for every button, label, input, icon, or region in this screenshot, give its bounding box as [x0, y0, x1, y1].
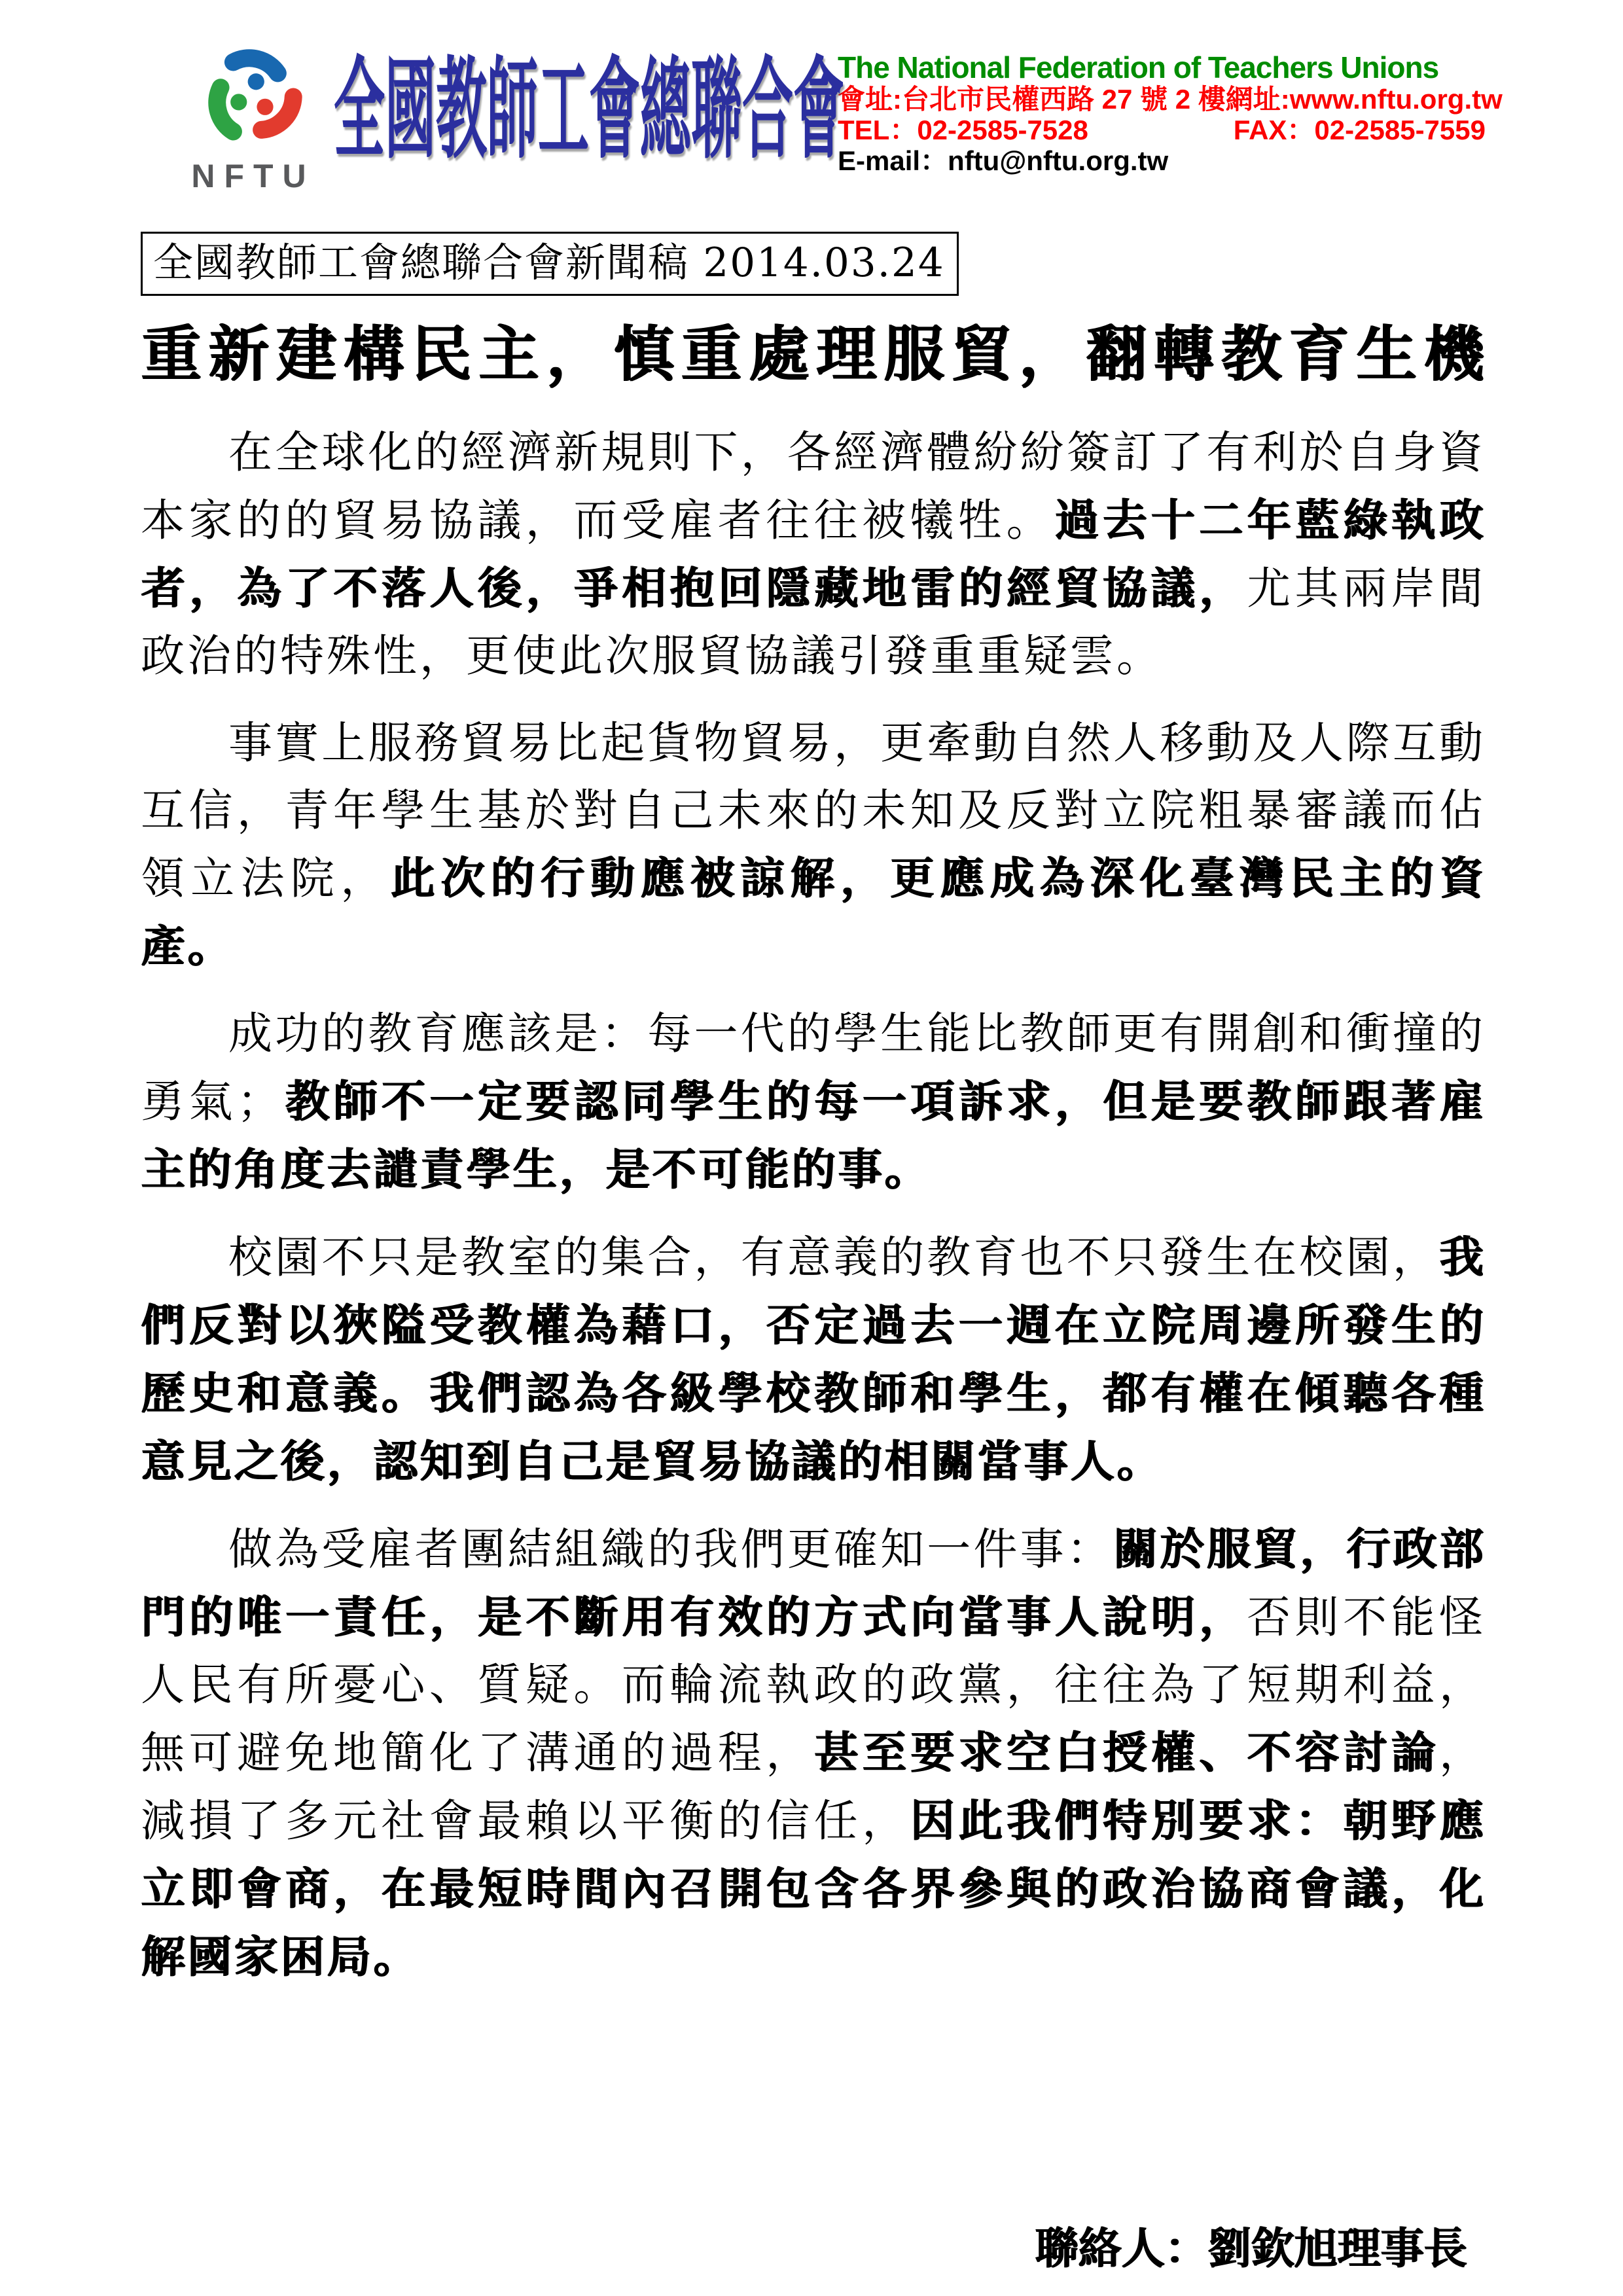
- tel-fax-row: TEL：02-2585-7528 FAX：02-2585-7559: [838, 115, 1486, 145]
- headline: 重新建構民主，慎重處理服貿，翻轉教育生機: [141, 315, 1484, 393]
- address-website-row: 會址:台北市民權西路 27 號 2 樓 網址:www.nftu.org.tw: [838, 84, 1486, 115]
- nftu-logo-icon: [190, 38, 316, 156]
- org-name-english: The National Federation of Teachers Unio…: [838, 51, 1486, 84]
- letterhead: NFTU 全國教師工會總聯合會 The National Federation …: [0, 0, 1623, 195]
- contact-person: 聯絡人：劉欽旭理事長: [141, 2219, 1486, 2278]
- org-name-chinese-wrap: 全國教師工會總聯合會: [334, 38, 792, 188]
- paragraph: 做為受雇者團結組織的我們更確知一件事：關於服貿，行政部門的唯一責任，是不斷用有效…: [141, 1515, 1486, 1991]
- nftu-logo: NFTU: [185, 38, 322, 195]
- tel-text: TEL：02-2585-7528: [838, 115, 1088, 145]
- paragraph: 事實上服務貿易比起貨物貿易，更牽動自然人移動及人際互動互信，青年學生基於對自己未…: [141, 709, 1486, 980]
- paragraph: 校園不只是教室的集合，有意義的教育也不只發生在校園，我們反對以狹隘受教權為藉口，…: [141, 1223, 1486, 1496]
- paragraph: 在全球化的經濟新規則下，各經濟體紛紛簽訂了有利於自身資本家的的貿易協議，而受雇者…: [141, 419, 1486, 690]
- text-run: 做為受雇者團結組織的我們更確知一件事：: [228, 1524, 1113, 1575]
- press-body: 在全球化的經濟新規則下，各經濟體紛紛簽訂了有利於自身資本家的的貿易協議，而受雇者…: [141, 419, 1486, 1991]
- contact-block: The National Federation of Teachers Unio…: [838, 38, 1486, 176]
- fax-text: FAX：02-2585-7559: [1234, 115, 1486, 145]
- address-text: 會址:台北市民權西路 27 號 2 樓: [838, 84, 1226, 115]
- text-run: 甚至要求空白授權、不容討論: [814, 1727, 1439, 1778]
- website-text: 網址:www.nftu.org.tw: [1226, 84, 1503, 115]
- paragraph: 成功的教育應該是：每一代的學生能比教師更有開創和衝撞的勇氣；教師不一定要認同學生…: [141, 1000, 1486, 1204]
- text-run: 教師不一定要認同學生的每一項訴求，但是要教師跟著雇主的角度去譴責學生，是不可能的…: [141, 1075, 1486, 1195]
- org-name-chinese: 全國教師工會總聯合會: [334, 47, 844, 171]
- press-release-title-box: 全國教師工會總聯合會新聞稿 2014.03.24: [141, 232, 959, 296]
- email-text: E-mail：nftu@nftu.org.tw: [838, 145, 1486, 176]
- text-run: 校園不只是教室的集合，有意義的教育也不只發生在校園，: [228, 1232, 1439, 1283]
- logo-acronym: NFTU: [185, 157, 322, 195]
- press-release-page: NFTU 全國教師工會總聯合會 The National Federation …: [0, 0, 1623, 2296]
